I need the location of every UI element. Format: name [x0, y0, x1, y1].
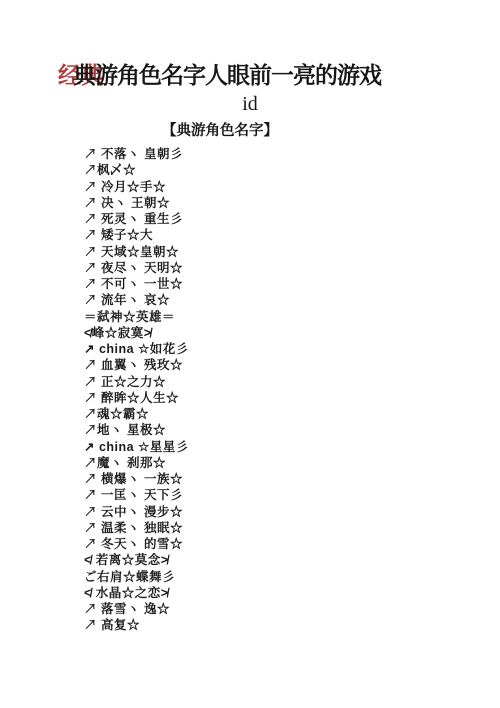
list-item: ↗ 冷月☆手☆ [84, 179, 444, 195]
list-item: ↗ 冬天ヽ 的雪☆ [84, 536, 444, 552]
page-title: 经典 典游角色名字人眼前一亮的游戏 [0, 57, 500, 89]
list-item: ↗魔ヽ 刹那☆ [84, 455, 444, 471]
list-item: ↗ 横爆ヽ 一族☆ [84, 471, 444, 487]
list-item: ↗ 流年ヽ 哀☆ [84, 292, 444, 308]
list-item: ↗ 天域☆皇朝☆ [84, 244, 444, 260]
list-item: ↗ 高复☆ [84, 617, 444, 633]
list-item: ↗ 云中ヽ 漫步☆ [84, 504, 444, 520]
list-item: ↗魂☆霸☆ [84, 406, 444, 422]
list-item: ↗枫乄☆ [84, 162, 444, 178]
list-item: ご右肩☆蝶舞彡 [84, 569, 444, 585]
list-item: ≮ 若离☆莫念≯ [84, 552, 444, 568]
list-item: ↗ china ☆星星彡 [84, 439, 444, 455]
list-item: ↗ 不落ヽ 皇朝彡 [84, 146, 444, 162]
list-item: ↗ 醉眸☆人生☆ [84, 390, 444, 406]
list-item: ↗ china ☆如花彡 [84, 341, 444, 357]
list-item: ↗ 落雪ヽ 逸☆ [84, 601, 444, 617]
list-item: ↗地ヽ 星极☆ [84, 422, 444, 438]
list-item: ↗ 死灵ヽ 重生彡 [84, 211, 444, 227]
list-item: ↗ 一匡ヽ 天下彡 [84, 487, 444, 503]
list-item: ≮ 水晶☆之恋≯ [84, 585, 444, 601]
list-item: ≮峰☆寂寞≯ [84, 325, 444, 341]
subtitle-id: id [0, 93, 500, 116]
page-title-text: 典游角色名字人眼前一亮的游戏 [73, 57, 381, 90]
list-item: ↗ 温柔ヽ 独眠☆ [84, 520, 444, 536]
document-page: 经典 典游角色名字人眼前一亮的游戏 id 【典游角色名字】 ↗ 不落ヽ 皇朝彡 … [0, 0, 500, 708]
list-item: ↗ 血翼ヽ 残玫☆ [84, 357, 444, 373]
list-item: ↗ 矮子☆大 [84, 227, 444, 243]
list-item: ↗ 夜尽ヽ 天明☆ [84, 260, 444, 276]
section-header: 【典游角色名字】 [0, 119, 470, 140]
list-item: ↗ 决ヽ 王朝☆ [84, 195, 444, 211]
name-list: ↗ 不落ヽ 皇朝彡 ↗枫乄☆ ↗ 冷月☆手☆ ↗ 决ヽ 王朝☆ ↗ 死灵ヽ 重生… [84, 146, 444, 634]
list-item: ＝弑神☆英雄＝ [84, 309, 444, 325]
list-item: ↗ 正☆之力☆ [84, 374, 444, 390]
list-item: ↗ 不可ヽ 一世☆ [84, 276, 444, 292]
